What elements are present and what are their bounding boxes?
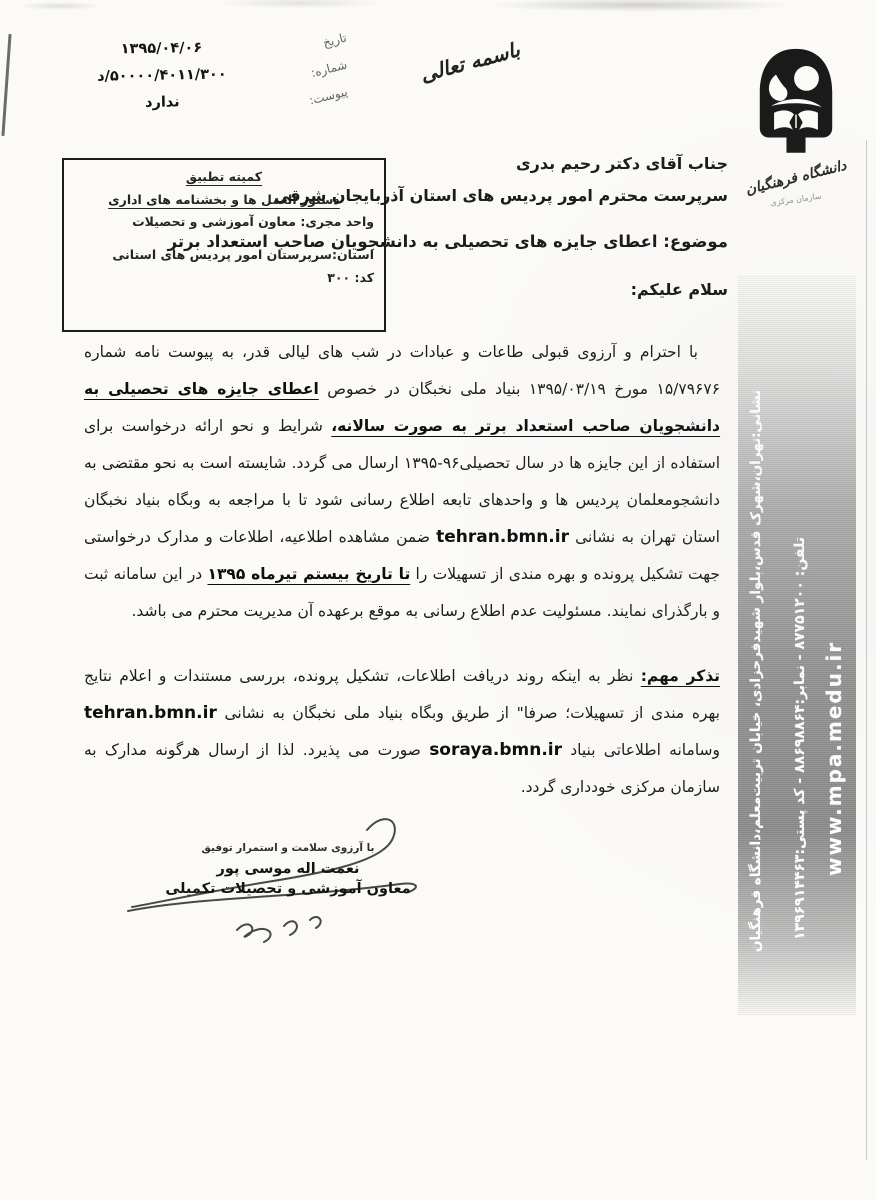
number-label: شماره: <box>275 58 348 89</box>
bismillah-calligraphy: باسمه تعالی <box>404 34 536 91</box>
meta-date-row: تاریخ ۱۳۹۵/۰۴/۰۶ <box>47 37 347 58</box>
date-label: تاریخ <box>275 31 348 62</box>
attachment-value: ندارد <box>48 93 276 113</box>
salutation: سلام علیکم: <box>168 280 728 299</box>
recipient-block: جناب آقای دکتر رحیم بدری سرپرست محترم ام… <box>168 154 728 299</box>
scan-artifact-left-edge <box>1 34 11 136</box>
recipient-name: جناب آقای دکتر رحیم بدری <box>168 154 728 173</box>
signer-name: نعمت اله موسی پور <box>138 861 438 877</box>
university-emblem-icon <box>748 46 844 168</box>
scanned-letter-page: تاریخ ۱۳۹۵/۰۴/۰۶ شماره: د/۵۰۰۰۰/۴۰۱۱/۳۰۰… <box>0 0 876 1200</box>
university-logo: دانشگاه فرهنگیان سازمان مرکزی <box>740 46 852 204</box>
letter-subject: موضوع: اعطای جایزه های تحصیلی به دانشجوی… <box>168 232 728 251</box>
scan-artifact-right-line <box>866 140 867 1160</box>
meta-number-row: شماره: د/۵۰۰۰۰/۴۰۱۱/۳۰۰ <box>48 64 348 85</box>
body-paragraph-2: تذکر مهم: نظر به اینکه روند دریافت اطلاع… <box>84 658 720 806</box>
letter-meta-block: تاریخ ۱۳۹۵/۰۴/۰۶ شماره: د/۵۰۰۰۰/۴۰۱۱/۳۰۰… <box>47 37 348 123</box>
number-value: د/۵۰۰۰۰/۴۰۱۱/۳۰۰ <box>48 66 276 86</box>
recipient-title: سرپرست محترم امور پردیس های استان آذربای… <box>168 186 728 205</box>
contact-info-strip: نشانی:تهران،شهرک قدس،بلوار شهیدفرحزادی، … <box>738 276 856 1016</box>
signer-title: معاون آموزشی و تحصیلات تکمیلی <box>138 881 438 897</box>
body-paragraph-1: با احترام و آرزوی قبولی طاعات و عبادات د… <box>84 334 720 630</box>
strip-website: www.mpa.medu.ir <box>822 641 846 876</box>
strip-phone-fax: تلفن: ۸۷۷۵۱۲۰۰ - نمابر:۸۸۶۹۸۸۶۴ - کد پست… <box>792 537 808 940</box>
date-value: ۱۳۹۵/۰۴/۰۶ <box>47 39 275 59</box>
attachment-label: پیوست: <box>276 85 349 116</box>
signature-tagline: با آرزوی سلامت و استمرار توفیق <box>138 842 438 854</box>
strip-address: نشانی:تهران،شهرک قدس،بلوار شهیدفرحزادی، … <box>748 390 764 952</box>
signature-block: با آرزوی سلامت و استمرار توفیق نعمت اله … <box>138 842 438 897</box>
meta-attachment-row: پیوست: ندارد <box>48 91 348 112</box>
